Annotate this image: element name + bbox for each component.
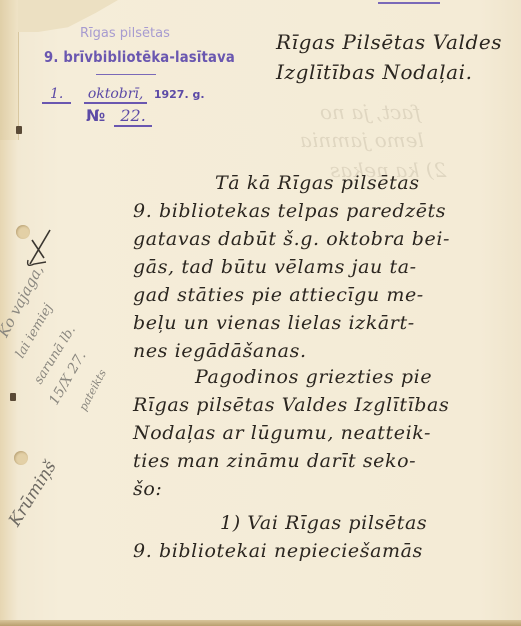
stamp-number-label: №: [86, 106, 105, 125]
binder-clip-mark: [16, 126, 22, 134]
stamp-number-value: 22.: [114, 106, 151, 127]
binder-hole: [14, 451, 28, 465]
stamp-city: Rīgas pilsētas: [80, 26, 170, 41]
stamp-date-day: 1.: [42, 86, 71, 104]
body-line: Rīgas pilsētas Valdes Izglītības: [133, 394, 449, 416]
body-line: 1) Vai Rīgas pilsētas: [220, 512, 427, 534]
stamp-divider: [96, 74, 156, 75]
body-line: beļu un vienas lielas izkārt-: [133, 312, 415, 334]
document-page: fact, ja no lemo jamnia 2) ka nekas Rīga…: [0, 0, 521, 626]
body-line: 9. bibliotekai nepieciešamās: [133, 540, 423, 562]
body-line: šo:: [133, 478, 162, 500]
bleed-through-text: fact, ja no: [320, 100, 421, 124]
page-bottom-edge: [0, 620, 521, 626]
stamp-number: № 22.: [86, 106, 152, 125]
body-line: Pagodinos griezties pie: [195, 366, 432, 388]
address-line-2: Izglītības Nodaļai.: [276, 60, 473, 84]
body-line: 9. bibliotekas telpas paredzēts: [133, 200, 446, 222]
torn-paper-flap: [0, 0, 19, 140]
cross-check-icon: [24, 228, 54, 268]
address-line-1: Rīgas Pilsētas Valdes: [276, 30, 502, 54]
body-line: gad stāties pie attiecīgu me-: [133, 284, 424, 306]
stamp-date-month: oktobrī,: [84, 86, 148, 104]
bleed-through-text: lemo jamnia: [300, 128, 424, 152]
stamp-date: 1. oktobrī, 1927. g.: [42, 86, 205, 102]
body-line: nes iegādāšanas.: [133, 340, 307, 362]
body-line: gatavas dabūt š.g. oktobra bei-: [133, 228, 450, 250]
body-line: ties man zināmu darīt seko-: [133, 450, 416, 472]
stamp-date-year: 1927. g.: [154, 88, 205, 101]
stamp-library-name: 9. brīvbibliotēka-lasītava: [44, 48, 235, 66]
binder-clip-mark: [10, 393, 16, 401]
body-line: gās, tad būtu vēlams jau ta-: [133, 256, 417, 278]
pencil-signature: Krūmiņš: [5, 457, 61, 530]
body-line: Tā kā Rīgas pilsētas: [215, 172, 420, 194]
pencil-note: pateikts: [77, 367, 110, 413]
stamp-fragment: [378, 0, 440, 4]
body-line: Nodaļas ar lūgumu, neatteik-: [133, 422, 431, 444]
